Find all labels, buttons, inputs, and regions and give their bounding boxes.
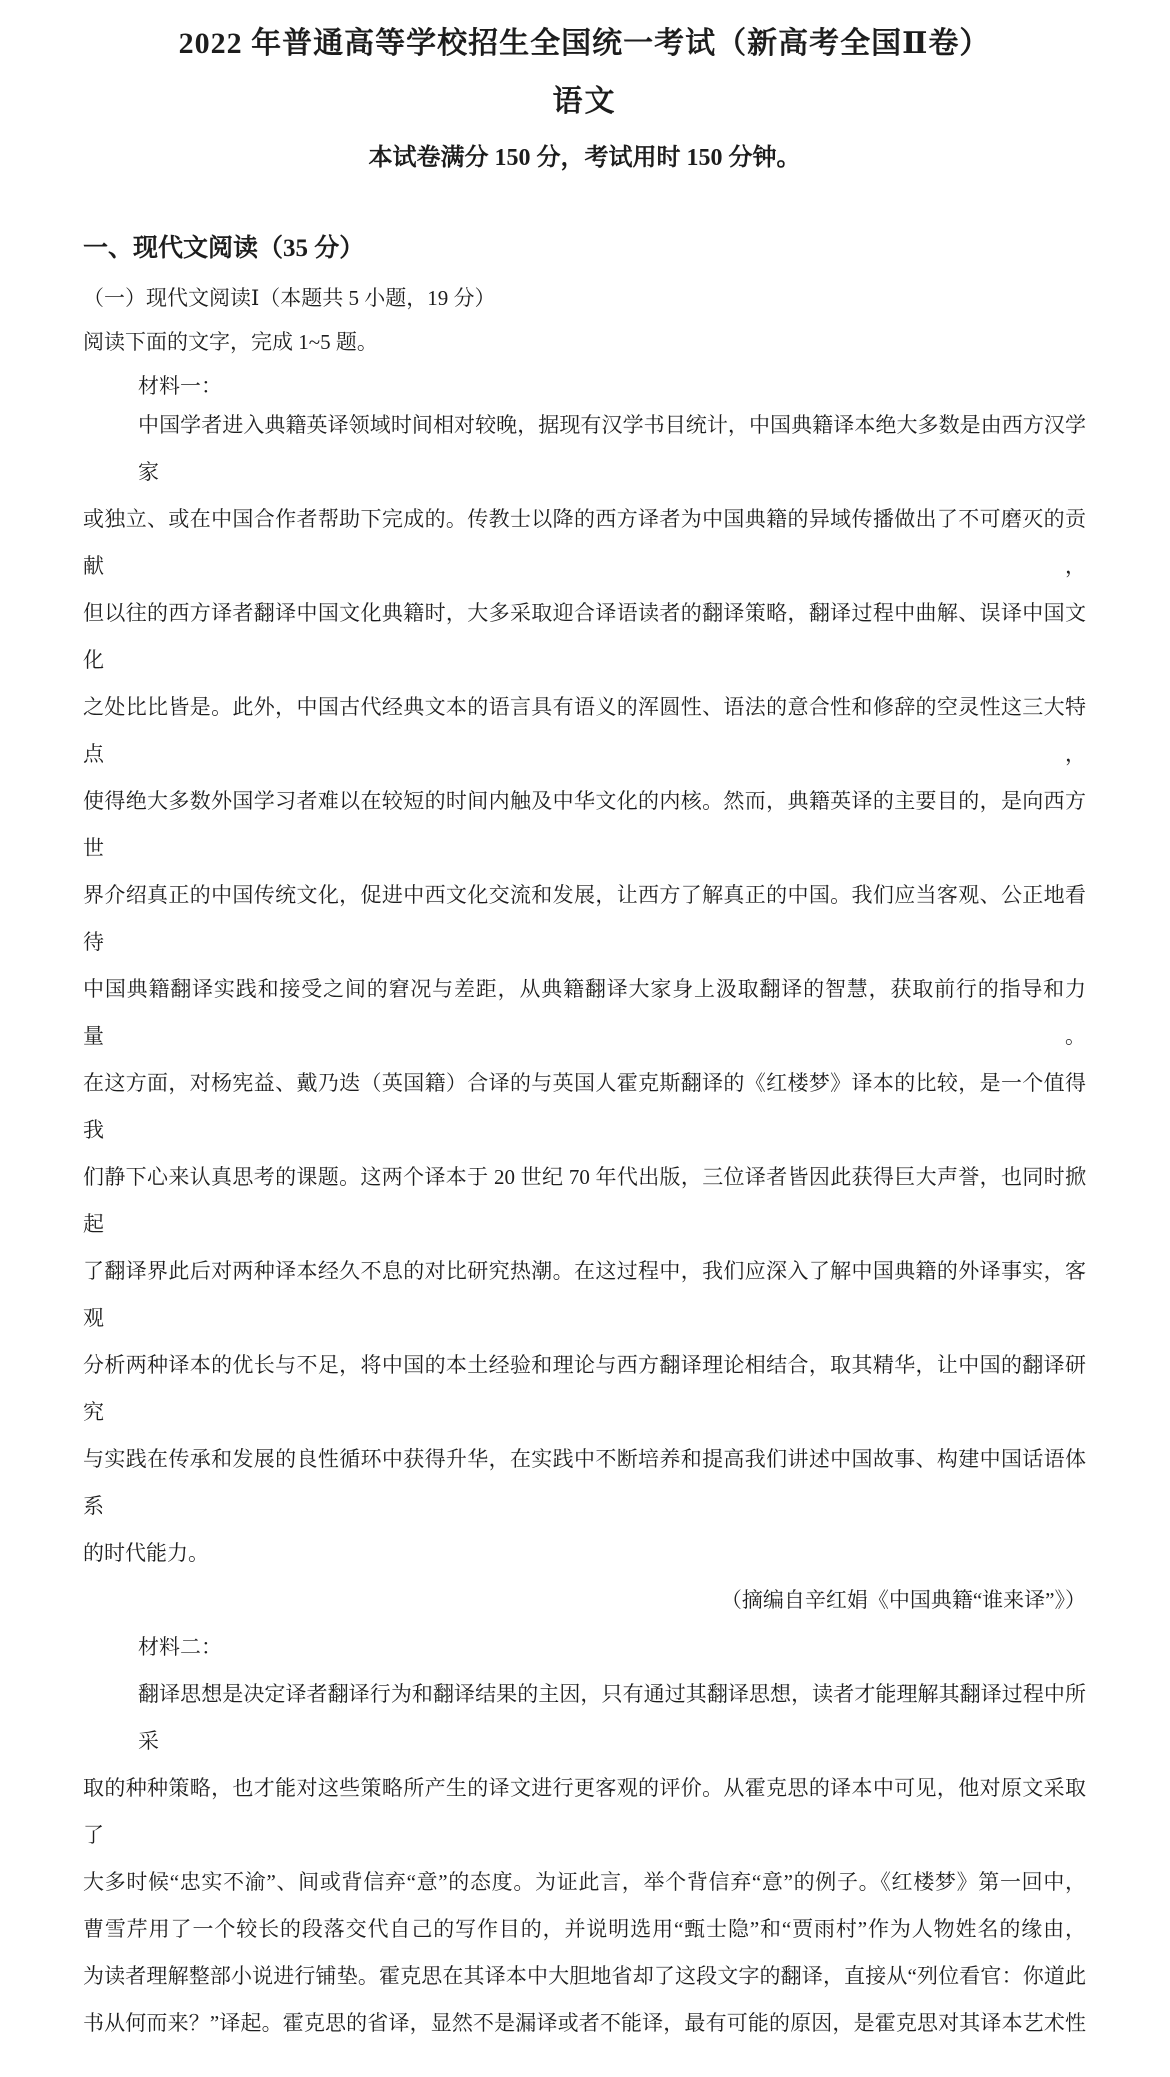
text-line: 翻译思想是决定译者翻译行为和翻译结果的主因，只有通过其翻译思想，读者才能理解其翻… xyxy=(83,1671,1086,1765)
text-line: 使得绝大多数外国学习者难以在较短的时间内触及中华文化的内核。然而，典籍英译的主要… xyxy=(83,778,1086,872)
text-line: 与实践在传承和发展的良性循环中获得升华，在实践中不断培养和提高我们讲述中国故事、… xyxy=(83,1436,1086,1530)
exam-info-line: 本试卷满分 150 分，考试用时 150 分钟。 xyxy=(83,142,1086,174)
text-line: 界介绍真正的中国传统文化，促进中西文化交流和发展，让西方了解真正的中国。我们应当… xyxy=(83,872,1086,966)
reading-instruction: 阅读下面的文字，完成 1~5 题。 xyxy=(83,326,1086,358)
text-line: 书从何而来？”译起。霍克思的省译，显然不是漏译或者不能译，最有可能的原因，是霍克… xyxy=(83,2000,1086,2047)
text-line: 们静下心来认真思考的课题。这两个译本于 20 世纪 70 年代出版，三位译者皆因… xyxy=(83,1154,1086,1248)
text-line: 之处比比皆是。此外，中国古代经典文本的语言具有语义的浑圆性、语法的意合性和修辞的… xyxy=(83,684,1086,778)
text-line: 分析两种译本的优长与不足，将中国的本土经验和理论与西方翻译理论相结合，取其精华，… xyxy=(83,1342,1086,1436)
text-line: 中国学者进入典籍英译领域时间相对较晚，据现有汉学书目统计，中国典籍译本绝大多数是… xyxy=(83,402,1086,496)
text-line: 在这方面，对杨宪益、戴乃迭（英国籍）合译的与英国人霍克斯翻译的《红楼梦》译本的比… xyxy=(83,1060,1086,1154)
subject-title: 语文 xyxy=(83,82,1086,122)
text-line: 取的种种策略，也才能对这些策略所产生的译文进行更客观的评价。从霍克思的译本中可见… xyxy=(83,1765,1086,1859)
text-line: 为读者理解整部小说进行铺垫。霍克思在其译本中大胆地省却了这段文字的翻译，直接从“… xyxy=(83,1953,1086,2000)
text-line: 的时代能力。 xyxy=(83,1530,1086,1577)
material1-attribution: （摘编自辛红娟《中国典籍“谁来译”》） xyxy=(83,1577,1086,1624)
material1-body: 中国学者进入典籍英译领域时间相对较晚，据现有汉学书目统计，中国典籍译本绝大多数是… xyxy=(83,402,1086,1577)
page-title: 2022 年普通高等学校招生全国统一考试（新高考全国Ⅱ卷） xyxy=(83,24,1086,64)
subsection-heading: （一）现代文阅读Ⅰ（本题共 5 小题，19 分） xyxy=(83,282,1086,314)
text-line: 但以往的西方译者翻译中国文化典籍时，大多采取迎合译语读者的翻译策略，翻译过程中曲… xyxy=(83,590,1086,684)
text-line: 中国典籍翻译实践和接受之间的窘况与差距，从典籍翻译大家身上汲取翻译的智慧，获取前… xyxy=(83,966,1086,1060)
material2-label: 材料二： xyxy=(83,1624,1086,1671)
material2-body: 翻译思想是决定译者翻译行为和翻译结果的主因，只有通过其翻译思想，读者才能理解其翻… xyxy=(83,1671,1086,2047)
text-line: 了翻译界此后对两种译本经久不息的对比研究热潮。在这过程中，我们应深入了解中国典籍… xyxy=(83,1248,1086,1342)
text-line: 或独立、或在中国合作者帮助下完成的。传教士以降的西方译者为中国典籍的异域传播做出… xyxy=(83,496,1086,590)
text-line: 曹雪芹用了一个较长的段落交代自己的写作目的，并说明选用“甄士隐”和“贾雨村”作为… xyxy=(83,1906,1086,1953)
exam-paper-page: 2022 年普通高等学校招生全国统一考试（新高考全国Ⅱ卷） 语文 本试卷满分 1… xyxy=(0,0,1170,2077)
material1-label: 材料一： xyxy=(83,370,1086,402)
text-line: 大多时候“忠实不渝”、间或背信弃“意”的态度。为证此言，举个背信弃“意”的例子。… xyxy=(83,1859,1086,1906)
section-heading: 一、现代文阅读（35 分） xyxy=(83,232,1086,266)
